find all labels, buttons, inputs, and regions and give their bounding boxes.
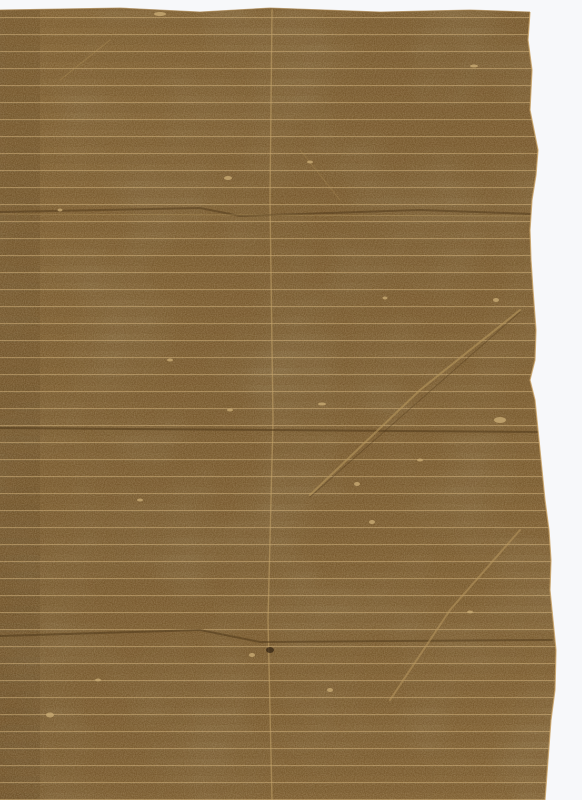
paper-texture	[0, 0, 582, 800]
scanned-paper-scene: Brown lined paper texture	[0, 0, 582, 800]
